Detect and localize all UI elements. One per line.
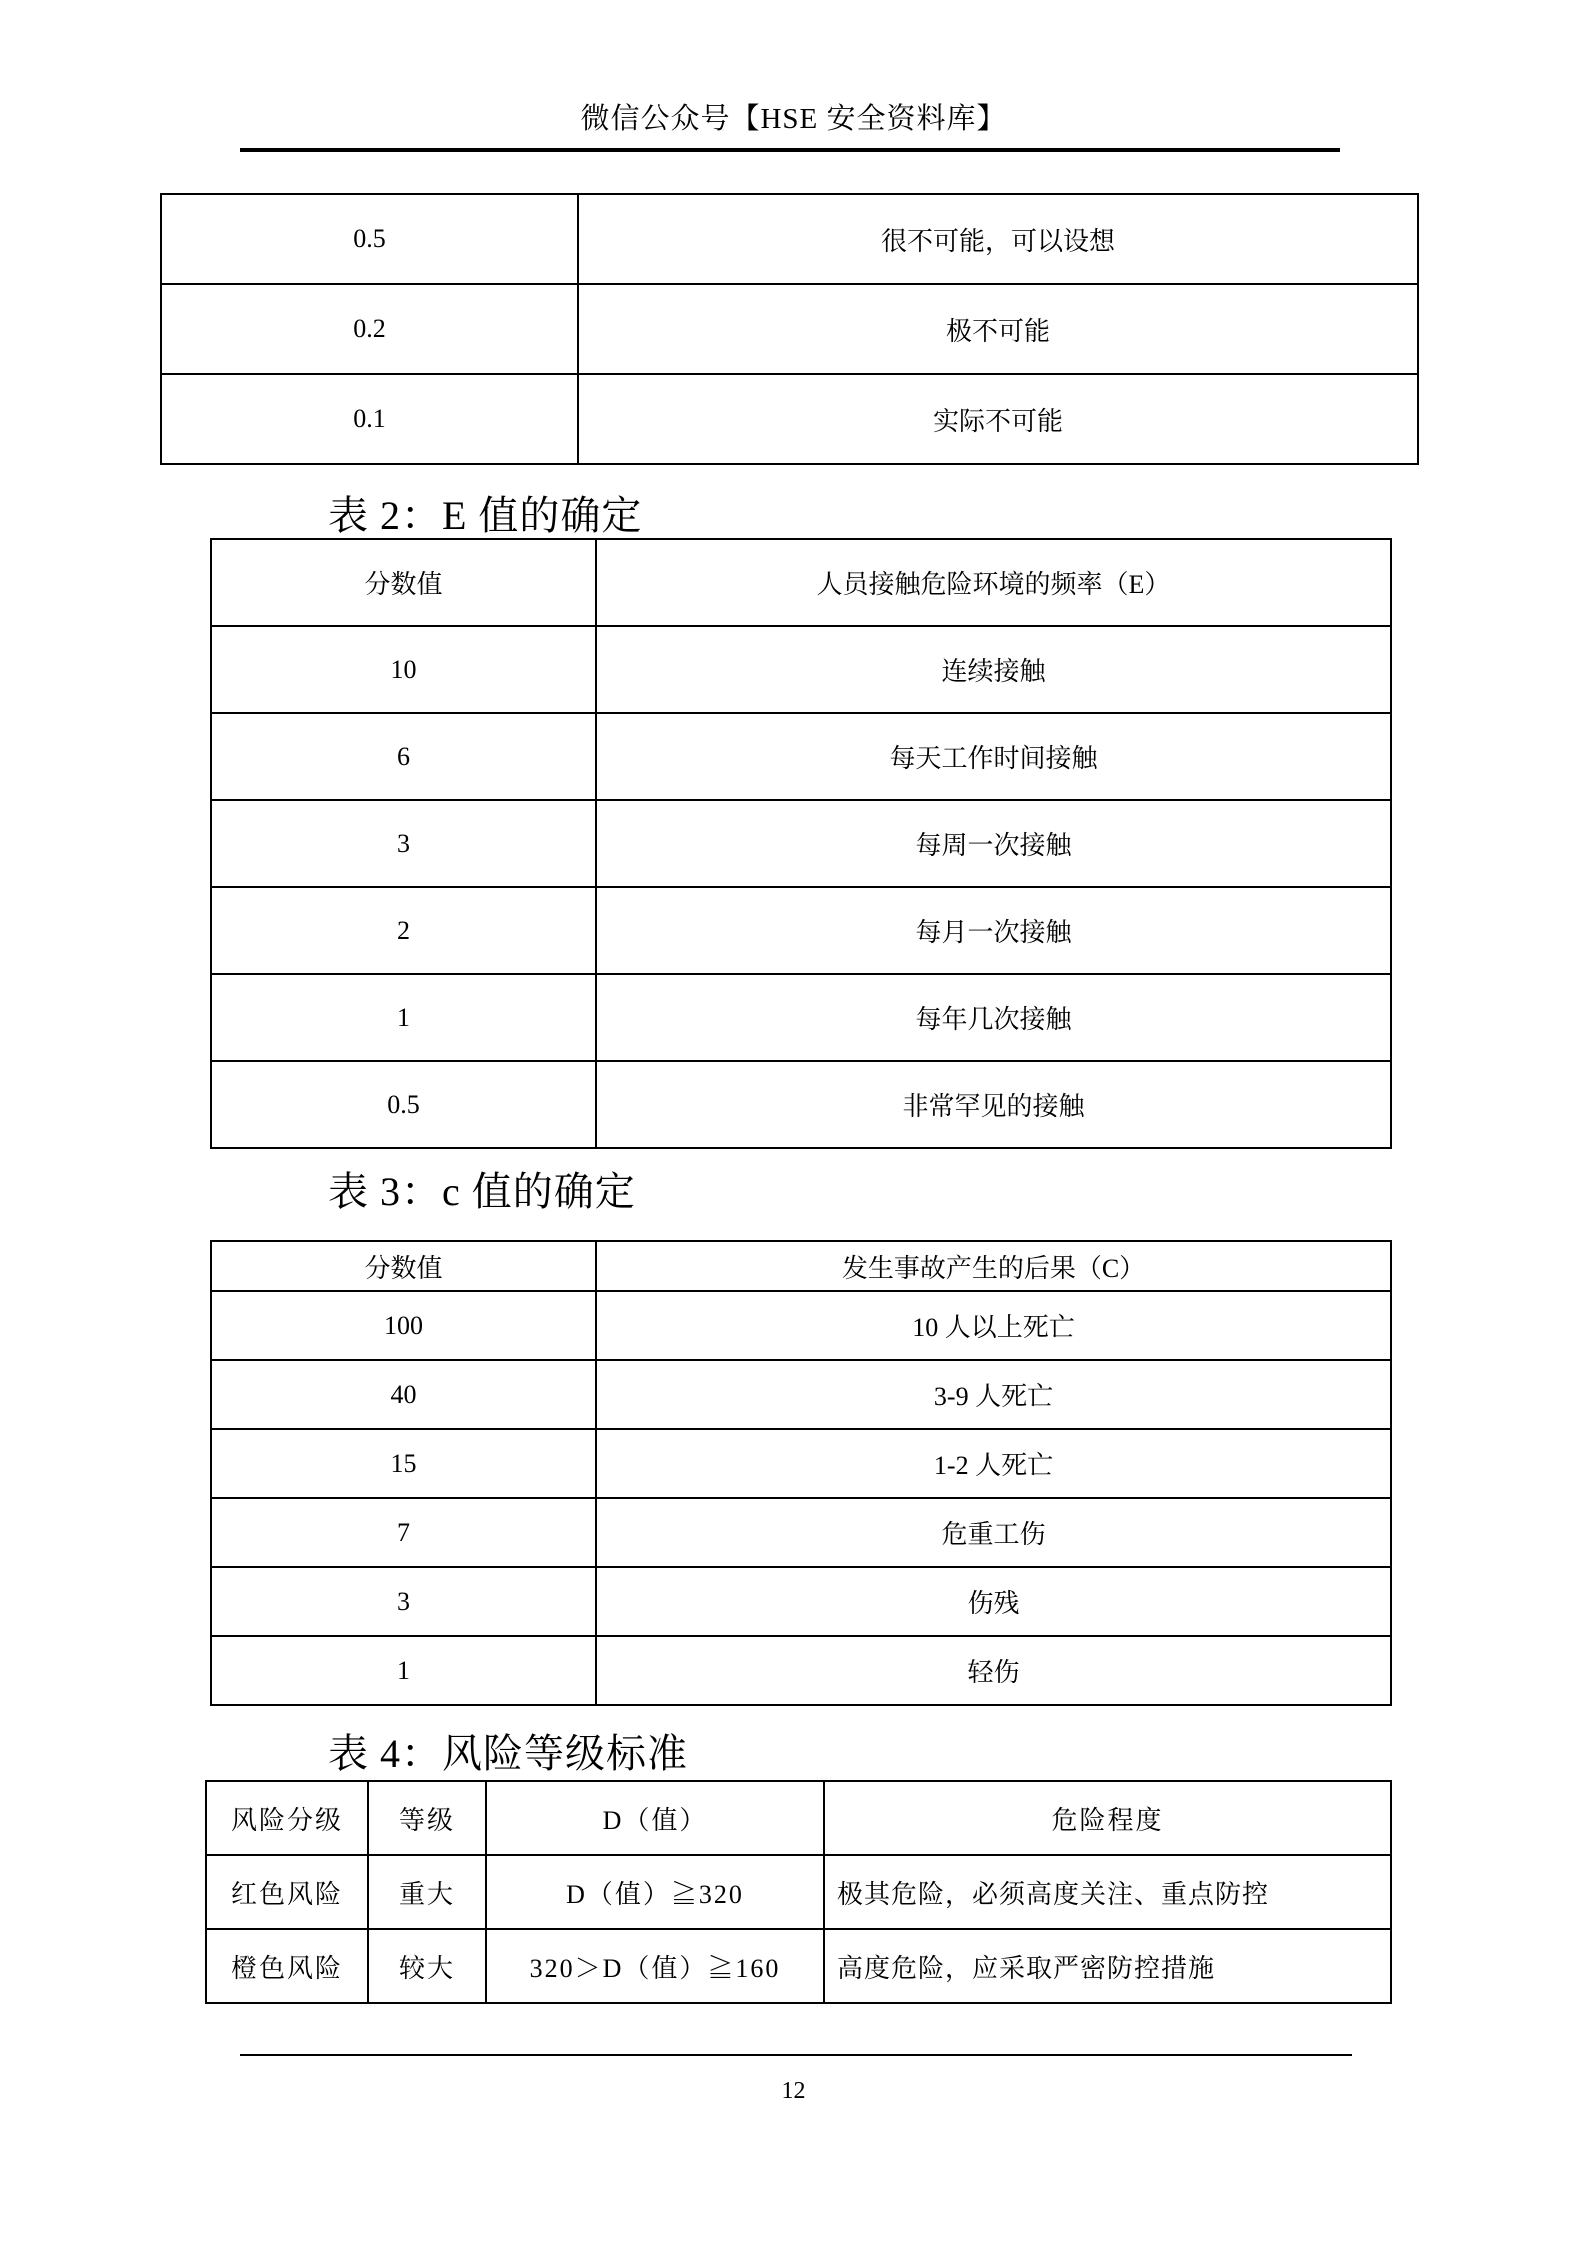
table-row: 0.5 非常罕见的接触 <box>211 1061 1391 1148</box>
score-cell: 0.5 <box>161 194 578 284</box>
score-cell: 2 <box>211 887 596 974</box>
table-row: 0.2 极不可能 <box>161 284 1418 374</box>
risk-level-table: 风险分级 等级 D（值） 危险程度 红色风险 重大 D（值）≧320 极其危险，… <box>205 1780 1392 2004</box>
d-value-cell: D（值）≧320 <box>486 1855 824 1929</box>
table-row: 红色风险 重大 D（值）≧320 极其危险，必须高度关注、重点防控 <box>206 1855 1391 1929</box>
description-cell: 每天工作时间接触 <box>596 713 1391 800</box>
severity-cell: 高度危险，应采取严密防控措施 <box>824 1929 1391 2003</box>
table-row: 0.5 很不可能，可以设想 <box>161 194 1418 284</box>
description-cell: 每年几次接触 <box>596 974 1391 1061</box>
table-row: 3 每周一次接触 <box>211 800 1391 887</box>
description-cell: 10 人以上死亡 <box>596 1291 1391 1360</box>
description-cell: 极不可能 <box>578 284 1418 374</box>
table-row: 10 连续接触 <box>211 626 1391 713</box>
description-cell: 实际不可能 <box>578 374 1418 464</box>
description-cell: 很不可能，可以设想 <box>578 194 1418 284</box>
column-header: 危险程度 <box>824 1781 1391 1855</box>
table-row: 7 危重工伤 <box>211 1498 1391 1567</box>
score-cell: 7 <box>211 1498 596 1567</box>
probability-table-continued: 0.5 很不可能，可以设想 0.2 极不可能 0.1 实际不可能 <box>160 193 1419 465</box>
column-header: 风险分级 <box>206 1781 368 1855</box>
score-cell: 100 <box>211 1291 596 1360</box>
column-header: D（值） <box>486 1781 824 1855</box>
column-header: 分数值 <box>211 539 596 626</box>
description-cell: 伤残 <box>596 1567 1391 1636</box>
table4-title: 表 4：风险等级标准 <box>328 1732 688 1776</box>
table-header-row: 分数值 发生事故产生的后果（C） <box>211 1241 1391 1291</box>
table-row: 40 3-9 人死亡 <box>211 1360 1391 1429</box>
table-row: 100 10 人以上死亡 <box>211 1291 1391 1360</box>
e-value-table: 分数值 人员接触危险环境的频率（E） 10 连续接触 6 每天工作时间接触 3 … <box>210 538 1392 1149</box>
risk-level-cell: 重大 <box>368 1855 486 1929</box>
column-header: 发生事故产生的后果（C） <box>596 1241 1391 1291</box>
column-header: 分数值 <box>211 1241 596 1291</box>
footer-divider <box>240 2054 1352 2056</box>
score-cell: 1 <box>211 1636 596 1705</box>
score-cell: 0.2 <box>161 284 578 374</box>
risk-level-cell: 较大 <box>368 1929 486 2003</box>
page-number: 12 <box>0 2078 1587 2105</box>
risk-category-cell: 红色风险 <box>206 1855 368 1929</box>
description-cell: 连续接触 <box>596 626 1391 713</box>
table-row: 0.1 实际不可能 <box>161 374 1418 464</box>
score-cell: 1 <box>211 974 596 1061</box>
score-cell: 0.1 <box>161 374 578 464</box>
severity-cell: 极其危险，必须高度关注、重点防控 <box>824 1855 1391 1929</box>
score-cell: 40 <box>211 1360 596 1429</box>
description-cell: 3-9 人死亡 <box>596 1360 1391 1429</box>
table-header-row: 分数值 人员接触危险环境的频率（E） <box>211 539 1391 626</box>
score-cell: 3 <box>211 800 596 887</box>
description-cell: 每周一次接触 <box>596 800 1391 887</box>
table-row: 3 伤残 <box>211 1567 1391 1636</box>
description-cell: 1-2 人死亡 <box>596 1429 1391 1498</box>
description-cell: 每月一次接触 <box>596 887 1391 974</box>
description-cell: 轻伤 <box>596 1636 1391 1705</box>
page-header: 微信公众号【HSE 安全资料库】 <box>0 96 1587 137</box>
document-page: 微信公众号【HSE 安全资料库】 0.5 很不可能，可以设想 0.2 极不可能 … <box>0 0 1587 2245</box>
description-cell: 危重工伤 <box>596 1498 1391 1567</box>
table-row: 2 每月一次接触 <box>211 887 1391 974</box>
table-header-row: 风险分级 等级 D（值） 危险程度 <box>206 1781 1391 1855</box>
column-header: 等级 <box>368 1781 486 1855</box>
description-cell: 非常罕见的接触 <box>596 1061 1391 1148</box>
table-row: 15 1-2 人死亡 <box>211 1429 1391 1498</box>
score-cell: 15 <box>211 1429 596 1498</box>
score-cell: 6 <box>211 713 596 800</box>
table-row: 1 轻伤 <box>211 1636 1391 1705</box>
table-row: 橙色风险 较大 320＞D（值）≧160 高度危险，应采取严密防控措施 <box>206 1929 1391 2003</box>
table2-title: 表 2：E 值的确定 <box>328 494 642 538</box>
score-cell: 0.5 <box>211 1061 596 1148</box>
table-row: 6 每天工作时间接触 <box>211 713 1391 800</box>
table-row: 1 每年几次接触 <box>211 974 1391 1061</box>
score-cell: 10 <box>211 626 596 713</box>
d-value-cell: 320＞D（值）≧160 <box>486 1929 824 2003</box>
risk-category-cell: 橙色风险 <box>206 1929 368 2003</box>
table3-title: 表 3：c 值的确定 <box>328 1170 636 1214</box>
c-value-table: 分数值 发生事故产生的后果（C） 100 10 人以上死亡 40 3-9 人死亡… <box>210 1240 1392 1706</box>
score-cell: 3 <box>211 1567 596 1636</box>
header-divider <box>240 148 1340 152</box>
column-header: 人员接触危险环境的频率（E） <box>596 539 1391 626</box>
